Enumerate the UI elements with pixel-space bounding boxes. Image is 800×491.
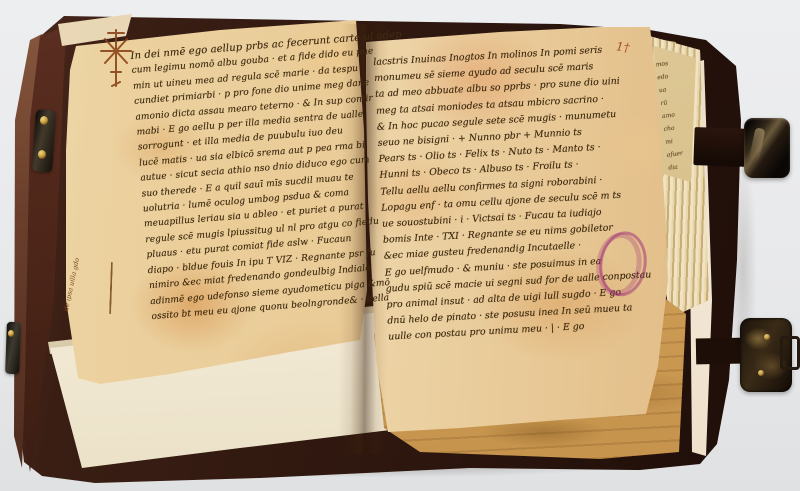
clasp-strap-right-bottom [696,338,746,365]
rivet-icon [764,334,770,340]
clasp-knob-icon [8,330,14,337]
clasp-knob-icon [40,116,48,125]
library-stamp [591,222,657,305]
rivet-icon [758,370,764,376]
left-page-text: In dei nmē ego aellup prbs ac fecerunt c… [130,30,383,325]
clasp-knob-icon [38,150,46,159]
clasp-strap-right-top [693,127,750,167]
manuscript-photo: mosedouarūamochomiafuerdia de ipsa uilla… [0,0,800,491]
clasp-hook-icon [780,336,800,370]
clasp-left-bottom-icon [5,322,21,374]
folio-mark: 1† [615,39,630,54]
